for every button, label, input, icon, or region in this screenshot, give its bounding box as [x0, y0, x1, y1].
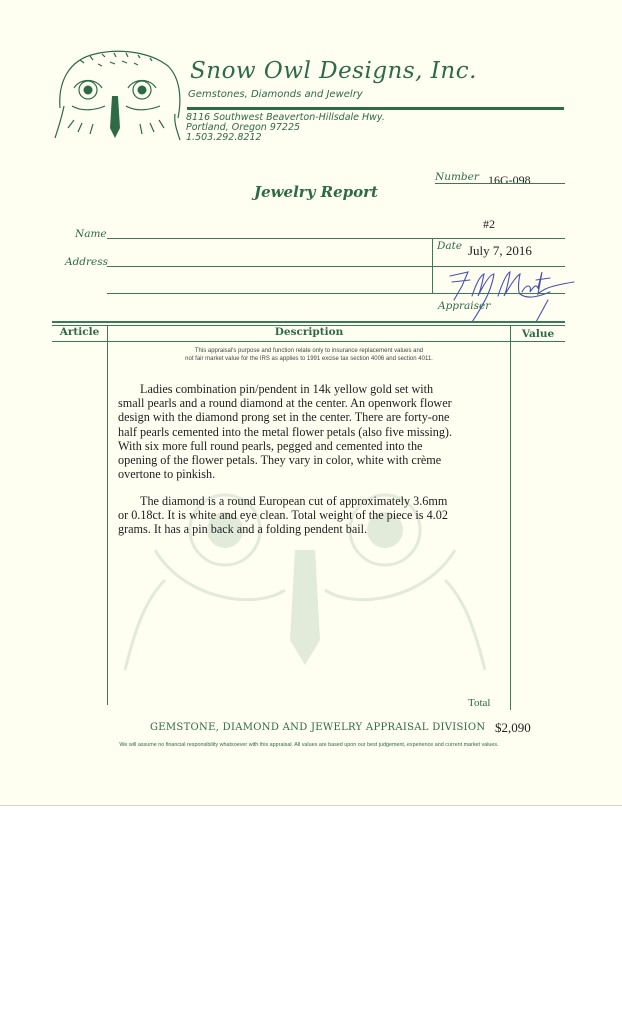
- header-article: Article: [52, 326, 107, 338]
- disclaimer-line-2: not fair market value for the IRS as app…: [108, 355, 510, 363]
- header-rule: [187, 107, 564, 110]
- item-index: #2: [483, 217, 495, 232]
- company-name: Snow Owl Designs, Inc.: [190, 58, 477, 84]
- owl-icon: [50, 48, 185, 143]
- name-line: [107, 238, 565, 239]
- liability-notice: We will assume no financial responsibili…: [66, 742, 552, 748]
- description-paragraph-2: The diamond is a round European cut of a…: [118, 494, 458, 537]
- description-paragraph-1: Ladies combination pin/pendent in 14k ye…: [118, 382, 458, 481]
- appraisal-document: Snow Owl Designs, Inc. Gemstones, Diamon…: [0, 0, 622, 806]
- name-label: Name: [75, 228, 107, 240]
- division-name: GEMSTONE, DIAMOND AND JEWELRY APPRAISAL …: [150, 722, 485, 733]
- header-value: Value: [511, 328, 565, 340]
- table-header-bottom: [52, 341, 565, 342]
- disclaimer-line-1: This appraisal's purpose and function re…: [108, 347, 510, 355]
- total-label: Total: [468, 697, 490, 709]
- number-label: Number: [435, 171, 479, 183]
- article-column-divider: [107, 325, 108, 705]
- phone: 1.503.292.8212: [186, 133, 262, 143]
- address-label: Address: [65, 256, 108, 268]
- insurance-disclaimer: This appraisal's purpose and function re…: [108, 347, 510, 363]
- value-column-divider: [510, 325, 511, 710]
- date-label: Date: [437, 240, 462, 252]
- total-value: $2,090: [495, 720, 531, 736]
- table-top-rule: [52, 321, 565, 323]
- signature-icon: [432, 266, 582, 324]
- report-title: Jewelry Report: [0, 183, 622, 201]
- header-description: Description: [108, 326, 510, 338]
- date-value: July 7, 2016: [468, 243, 532, 259]
- company-tagline: Gemstones, Diamonds and Jewelry: [188, 89, 363, 100]
